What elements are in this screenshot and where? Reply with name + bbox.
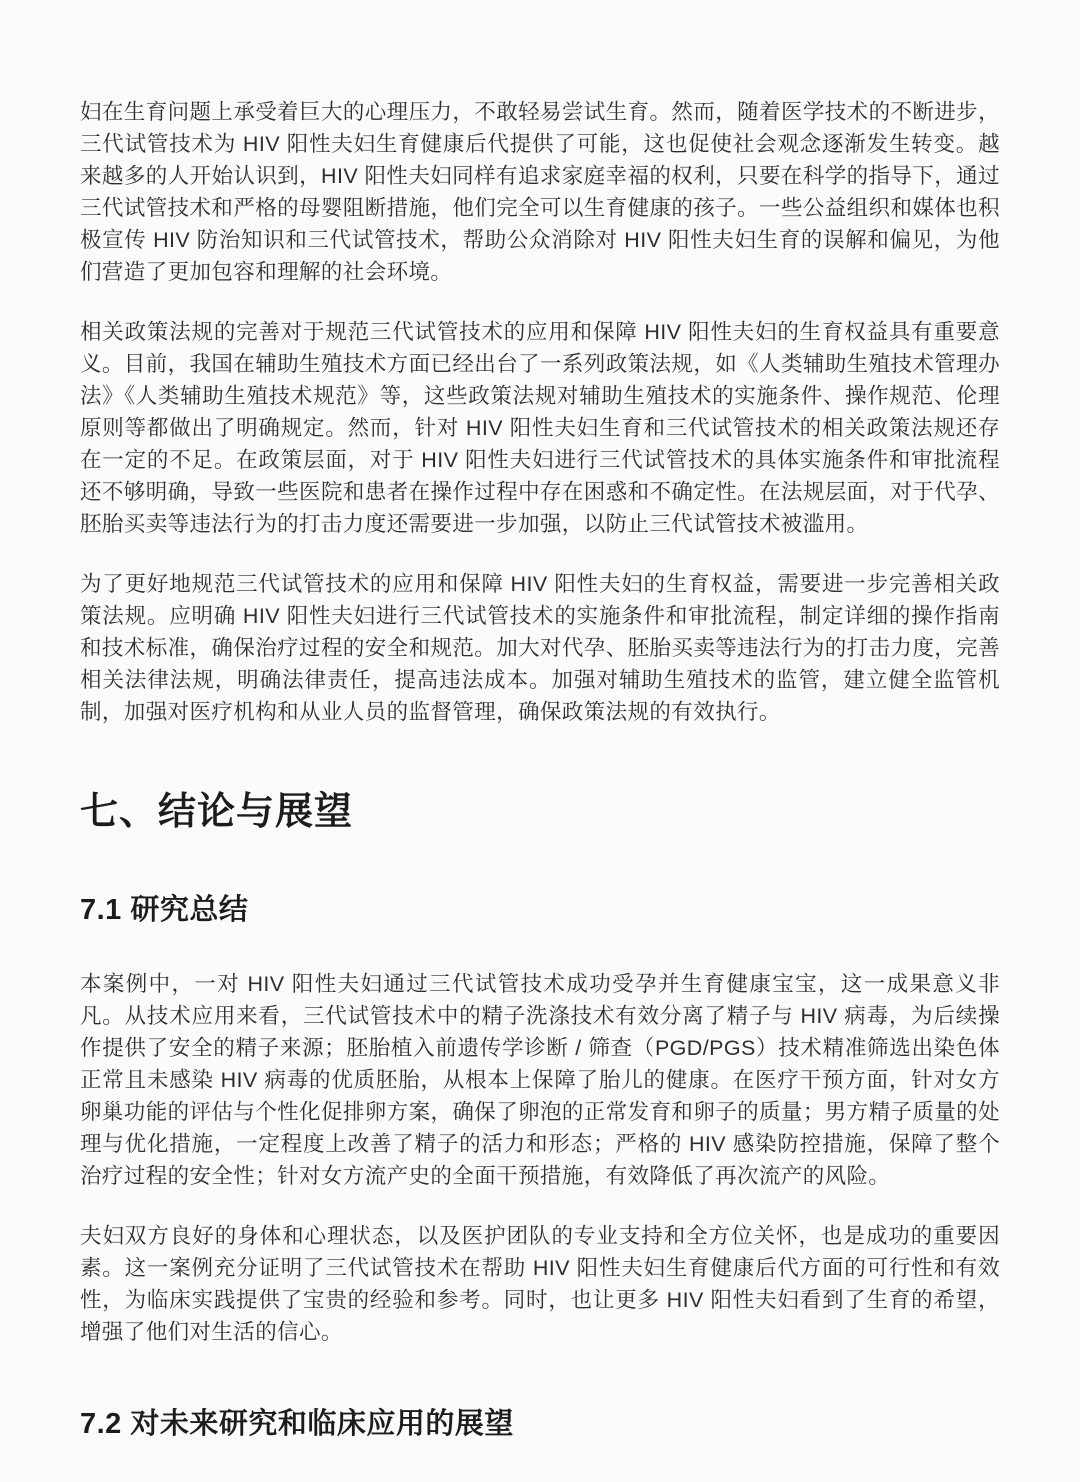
paragraph-policy-recommendations: 为了更好地规范三代试管技术的应用和保障 HIV 阳性夫妇的生育权益，需要进一步完…: [80, 568, 1000, 728]
document-page: 妇在生育问题上承受着巨大的心理压力，不敢轻易尝试生育。然而，随着医学技术的不断进…: [0, 0, 1080, 1482]
paragraph-case-summary: 本案例中，一对 HIV 阳性夫妇通过三代试管技术成功受孕并生育健康宝宝，这一成果…: [80, 968, 1000, 1192]
subsection-heading-research-summary: 7.1 研究总结: [80, 892, 1000, 928]
paragraph-social-acceptance: 妇在生育问题上承受着巨大的心理压力，不敢轻易尝试生育。然而，随着医学技术的不断进…: [80, 96, 1000, 288]
section-heading-conclusion: 七、结论与展望: [80, 790, 1000, 834]
paragraph-policy-regulations: 相关政策法规的完善对于规范三代试管技术的应用和保障 HIV 阳性夫妇的生育权益具…: [80, 316, 1000, 540]
subsection-heading-future-outlook: 7.2 对未来研究和临床应用的展望: [80, 1406, 1000, 1442]
paragraph-success-factors: 夫妇双方良好的身体和心理状态，以及医护团队的专业支持和全方位关怀，也是成功的重要…: [80, 1220, 1000, 1348]
